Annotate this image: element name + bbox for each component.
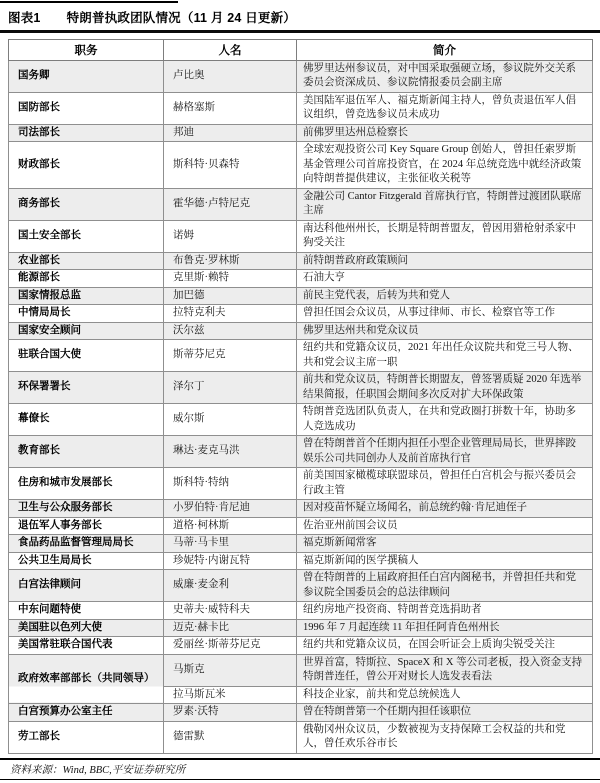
position-cell: 教育部长 xyxy=(9,436,164,468)
table-row: 住房和城市发展部长斯科特·特纳前美国国家橄榄球联盟球员，曾担任白宫机会与振兴委员… xyxy=(9,468,593,500)
table-row: 中情局局长拉特克利夫曾担任国会众议员，从事过律师、市长、检察官等工作 xyxy=(9,305,593,323)
position-cell: 食品药品监督管理局局长 xyxy=(9,535,164,553)
position-cell: 美国常驻联合国代表 xyxy=(9,637,164,655)
name-cell: 克里斯·赖特 xyxy=(164,270,297,288)
name-cell: 加巴德 xyxy=(164,287,297,305)
desc-cell: 科技企业家，前共和党总统候选人 xyxy=(297,686,593,704)
desc-cell: 美国陆军退伍军人、福克斯新闻主持人，曾负责退伍军人倡议组织，曾竞选参议员未成功 xyxy=(297,92,593,124)
table-row: 幕僚长威尔斯特朗普竞选团队负责人，在共和党政圈打拼数十年，协助多人竞选成功 xyxy=(9,404,593,436)
table-row: 驻联合国大使斯蒂芬尼克纽约共和党籍众议员，2021 年出任众议院共和党三号人物、… xyxy=(9,340,593,372)
table-row: 司法部长邦迪前佛罗里达州总检察长 xyxy=(9,124,593,142)
desc-cell: 曾在特朗普第一个任期内担任该职位 xyxy=(297,704,593,722)
position-cell: 白宫法律顾问 xyxy=(9,570,164,602)
figure-title: 特朗普执政团队情况（11 月 24 日更新） xyxy=(67,11,296,25)
name-cell: 罗素·沃特 xyxy=(164,704,297,722)
position-cell: 劳工部长 xyxy=(9,721,164,753)
position-cell: 国土安全部长 xyxy=(9,220,164,252)
title-rule xyxy=(0,30,600,33)
name-cell: 马蒂·马卡里 xyxy=(164,535,297,553)
table-row: 财政部长斯科特·贝森特全球宏观投资公司 Key Square Group 创始人… xyxy=(9,142,593,189)
position-cell: 白宫预算办公室主任 xyxy=(9,704,164,722)
desc-cell: 曾在特朗普首个任期内担任小型企业管理局局长，世界摔跤娱乐公司共同创办人及前首席执… xyxy=(297,436,593,468)
table-row: 农业部长布鲁克·罗林斯前特朗普政府政策顾问 xyxy=(9,252,593,270)
figure-label: 图表1 xyxy=(8,8,41,26)
column-header: 简介 xyxy=(297,39,593,60)
table-row: 商务部长霍华德·卢特尼克金融公司 Cantor Fitzgerald 首席执行官… xyxy=(9,188,593,220)
name-cell: 德雷默 xyxy=(164,721,297,753)
name-cell: 沃尔兹 xyxy=(164,322,297,340)
name-cell: 泽尔丁 xyxy=(164,372,297,404)
table-row: 美国驻以色列大使迈克·赫卡比1996 年 7 月起连续 11 年担任阿肯色州州长 xyxy=(9,619,593,637)
desc-cell: 纽约共和党籍众议员，2021 年出任众议院共和党三号人物、共和党会议主席一职 xyxy=(297,340,593,372)
team-table: 职务人名简介 国务卿卢比奥佛罗里达州参议员，对中国采取强硬立场，参议院外交关系委… xyxy=(8,39,593,754)
footer-rule-bottom xyxy=(0,779,600,780)
desc-cell: 前佛罗里达州总检察长 xyxy=(297,124,593,142)
column-header: 人名 xyxy=(164,39,297,60)
position-cell: 中东问题特使 xyxy=(9,602,164,620)
desc-cell: 1996 年 7 月起连续 11 年担任阿肯色州州长 xyxy=(297,619,593,637)
position-cell: 司法部长 xyxy=(9,124,164,142)
table-row: 退伍军人事务部长道格·柯林斯佐治亚州前国会议员 xyxy=(9,517,593,535)
name-cell: 霍华德·卢特尼克 xyxy=(164,188,297,220)
table-header: 职务人名简介 xyxy=(9,39,593,60)
column-header: 职务 xyxy=(9,39,164,60)
header-row: 职务人名简介 xyxy=(9,39,593,60)
table-row: 白宫法律顾问威廉·麦金利曾在特朗普的上届政府担任白宫内阁秘书，并曾担任共和党参议… xyxy=(9,570,593,602)
desc-cell: 石油大亨 xyxy=(297,270,593,288)
position-cell: 国防部长 xyxy=(9,92,164,124)
desc-cell: 世界首富，特斯拉、SpaceX 和 X 等公司老板，投入资金支持特朗普连任，曾公… xyxy=(297,654,593,686)
position-cell: 驻联合国大使 xyxy=(9,340,164,372)
name-cell: 拉马斯瓦米 xyxy=(164,686,297,704)
table-row: 教育部长琳达·麦克马洪曾在特朗普首个任期内担任小型企业管理局局长，世界摔跤娱乐公… xyxy=(9,436,593,468)
position-cell: 公共卫生局局长 xyxy=(9,552,164,570)
name-cell: 赫格塞斯 xyxy=(164,92,297,124)
position-cell: 国家情报总监 xyxy=(9,287,164,305)
position-cell: 中情局局长 xyxy=(9,305,164,323)
figure-caption: 图表1特朗普执政团队情况（11 月 24 日更新） xyxy=(0,0,600,26)
table-row: 美国常驻联合国代表爱丽丝·斯蒂芬尼克纽约共和党籍众议员，在国会听证会上质询尖锐受… xyxy=(9,637,593,655)
desc-cell: 前民主党代表，后转为共和党人 xyxy=(297,287,593,305)
name-cell: 斯蒂芬尼克 xyxy=(164,340,297,372)
position-cell: 退伍军人事务部长 xyxy=(9,517,164,535)
position-cell: 幕僚长 xyxy=(9,404,164,436)
table-row: 能源部长克里斯·赖特石油大亨 xyxy=(9,270,593,288)
table-row: 环保署署长泽尔丁前共和党众议员，特朗普长期盟友，曾签署质疑 2020 年选举结果… xyxy=(9,372,593,404)
name-cell: 邦迪 xyxy=(164,124,297,142)
name-cell: 斯科特·贝森特 xyxy=(164,142,297,189)
name-cell: 道格·柯林斯 xyxy=(164,517,297,535)
desc-cell: 佛罗里达州参议员，对中国采取强硬立场，参议院外交关系委员会资深成员、参议院情报委… xyxy=(297,60,593,92)
desc-cell: 纽约房地产投资商、特朗普竞选捐助者 xyxy=(297,602,593,620)
table-row: 白宫预算办公室主任罗素·沃特曾在特朗普第一个任期内担任该职位 xyxy=(9,704,593,722)
desc-cell: 特朗普竞选团队负责人，在共和党政圈打拼数十年，协助多人竞选成功 xyxy=(297,404,593,436)
desc-cell: 因对疫苗怀疑立场闻名，前总统约翰·肯尼迪侄子 xyxy=(297,500,593,518)
name-cell: 威廉·麦金利 xyxy=(164,570,297,602)
name-cell: 马斯克 xyxy=(164,654,297,686)
table-row: 国防部长赫格塞斯美国陆军退伍军人、福克斯新闻主持人，曾负责退伍军人倡议组织，曾竞… xyxy=(9,92,593,124)
desc-cell: 福克斯新闻的医学撰稿人 xyxy=(297,552,593,570)
name-cell: 爱丽丝·斯蒂芬尼克 xyxy=(164,637,297,655)
position-cell: 国家安全顾问 xyxy=(9,322,164,340)
position-cell: 环保署署长 xyxy=(9,372,164,404)
name-cell: 诺姆 xyxy=(164,220,297,252)
desc-cell: 南达科他州州长，长期是特朗普盟友，曾因用猎枪射杀家中狗受关注 xyxy=(297,220,593,252)
table-row: 食品药品监督管理局局长马蒂·马卡里福克斯新闻常客 xyxy=(9,535,593,553)
desc-cell: 纽约共和党籍众议员，在国会听证会上质询尖锐受关注 xyxy=(297,637,593,655)
position-cell: 农业部长 xyxy=(9,252,164,270)
position-cell: 政府效率部部长（共同领导） xyxy=(9,654,164,704)
desc-cell: 金融公司 Cantor Fitzgerald 首席执行官，特朗普过渡团队联席主席 xyxy=(297,188,593,220)
name-cell: 迈克·赫卡比 xyxy=(164,619,297,637)
desc-cell: 福克斯新闻常客 xyxy=(297,535,593,553)
position-cell: 美国驻以色列大使 xyxy=(9,619,164,637)
table-row: 中东问题特使史蒂夫·威特科夫纽约房地产投资商、特朗普竞选捐助者 xyxy=(9,602,593,620)
name-cell: 琳达·麦克马洪 xyxy=(164,436,297,468)
source-note-block: 资料来源：Wind, BBC,平安证券研究所 xyxy=(0,758,600,780)
name-cell: 珍妮特·内谢瓦特 xyxy=(164,552,297,570)
position-cell: 卫生与公众服务部长 xyxy=(9,500,164,518)
position-cell: 国务卿 xyxy=(9,60,164,92)
position-cell: 商务部长 xyxy=(9,188,164,220)
table-row: 公共卫生局局长珍妮特·内谢瓦特福克斯新闻的医学撰稿人 xyxy=(9,552,593,570)
source-note: 资料来源：Wind, BBC,平安证券研究所 xyxy=(0,760,600,779)
table-row: 政府效率部部长（共同领导）马斯克世界首富，特斯拉、SpaceX 和 X 等公司老… xyxy=(9,654,593,686)
desc-cell: 佛罗里达州共和党众议员 xyxy=(297,322,593,340)
top-partial-rule xyxy=(0,1,178,3)
table-row: 卫生与公众服务部长小罗伯特·肯尼迪因对疫苗怀疑立场闻名，前总统约翰·肯尼迪侄子 xyxy=(9,500,593,518)
name-cell: 史蒂夫·威特科夫 xyxy=(164,602,297,620)
desc-cell: 佐治亚州前国会议员 xyxy=(297,517,593,535)
table-row: 国家安全顾问沃尔兹佛罗里达州共和党众议员 xyxy=(9,322,593,340)
desc-cell: 前美国国家橄榄球联盟球员，曾担任白宫机会与振兴委员会行政主管 xyxy=(297,468,593,500)
table-row: 国家情报总监加巴德前民主党代表，后转为共和党人 xyxy=(9,287,593,305)
desc-cell: 曾担任国会众议员，从事过律师、市长、检察官等工作 xyxy=(297,305,593,323)
desc-cell: 前特朗普政府政策顾问 xyxy=(297,252,593,270)
position-cell: 财政部长 xyxy=(9,142,164,189)
name-cell: 拉特克利夫 xyxy=(164,305,297,323)
name-cell: 小罗伯特·肯尼迪 xyxy=(164,500,297,518)
name-cell: 卢比奥 xyxy=(164,60,297,92)
table-row: 国务卿卢比奥佛罗里达州参议员，对中国采取强硬立场，参议院外交关系委员会资深成员、… xyxy=(9,60,593,92)
position-cell: 能源部长 xyxy=(9,270,164,288)
team-table-body: 国务卿卢比奥佛罗里达州参议员，对中国采取强硬立场，参议院外交关系委员会资深成员、… xyxy=(9,60,593,753)
name-cell: 威尔斯 xyxy=(164,404,297,436)
desc-cell: 俄勒冈州众议员，少数被视为支持保障工会权益的共和党人，曾任欢乐谷市长 xyxy=(297,721,593,753)
position-cell: 住房和城市发展部长 xyxy=(9,468,164,500)
desc-cell: 前共和党众议员，特朗普长期盟友，曾签署质疑 2020 年选举结果简报，任职国会期… xyxy=(297,372,593,404)
name-cell: 布鲁克·罗林斯 xyxy=(164,252,297,270)
table-row: 国土安全部长诺姆南达科他州州长，长期是特朗普盟友，曾因用猎枪射杀家中狗受关注 xyxy=(9,220,593,252)
table-row: 劳工部长德雷默俄勒冈州众议员，少数被视为支持保障工会权益的共和党人，曾任欢乐谷市… xyxy=(9,721,593,753)
desc-cell: 全球宏观投资公司 Key Square Group 创始人，曾担任索罗斯基金管理… xyxy=(297,142,593,189)
desc-cell: 曾在特朗普的上届政府担任白宫内阁秘书，并曾担任共和党参议院全国委员会的总法律顾问 xyxy=(297,570,593,602)
name-cell: 斯科特·特纳 xyxy=(164,468,297,500)
